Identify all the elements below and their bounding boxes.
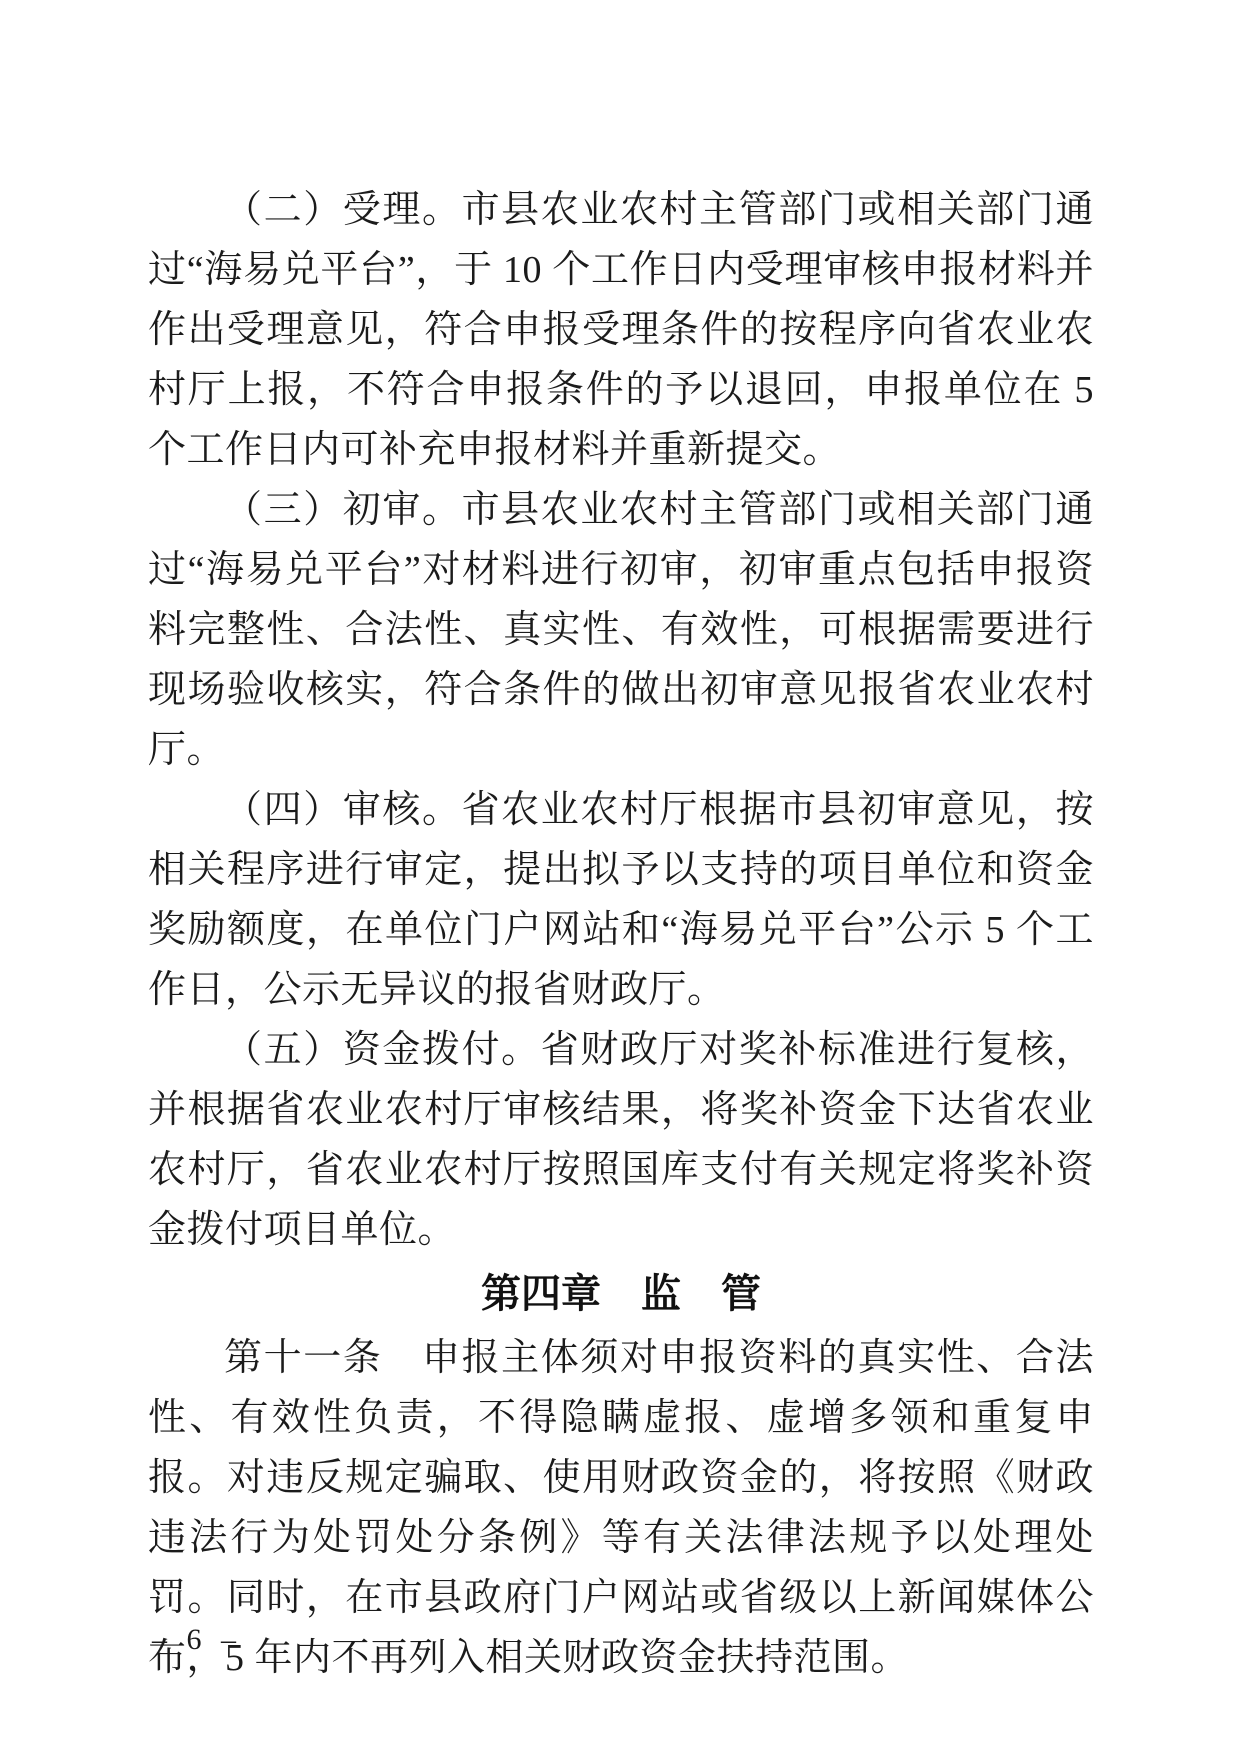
page-number: – 6 – — [152, 1620, 242, 1660]
document-body: （二）受理。市县农业农村主管部门或相关部门通过“海易兑平台”，于 10 个工作日… — [148, 180, 1094, 1688]
paragraph-item-4-examination: （四）审核。省农业农村厅根据市县初审意见，按相关程序进行审定，提出拟予以支持的项… — [148, 780, 1094, 1020]
paragraph-item-3-preliminary-review: （三）初审。市县农业农村主管部门或相关部门通过“海易兑平台”对材料进行初审，初审… — [148, 480, 1094, 780]
document-page: （二）受理。市县农业农村主管部门或相关部门通过“海易兑平台”，于 10 个工作日… — [0, 0, 1240, 1754]
chapter-heading: 第四章 监 管 — [148, 1263, 1094, 1325]
paragraph-article-11: 第十一条 申报主体须对申报资料的真实性、合法性、有效性负责，不得隐瞒虚报、虚增多… — [148, 1328, 1094, 1688]
paragraph-item-5-fund-allocation: （五）资金拨付。省财政厅对奖补标准进行复核，并根据省农业农村厅审核结果，将奖补资… — [148, 1020, 1094, 1260]
paragraph-item-2-acceptance: （二）受理。市县农业农村主管部门或相关部门通过“海易兑平台”，于 10 个工作日… — [148, 180, 1094, 480]
